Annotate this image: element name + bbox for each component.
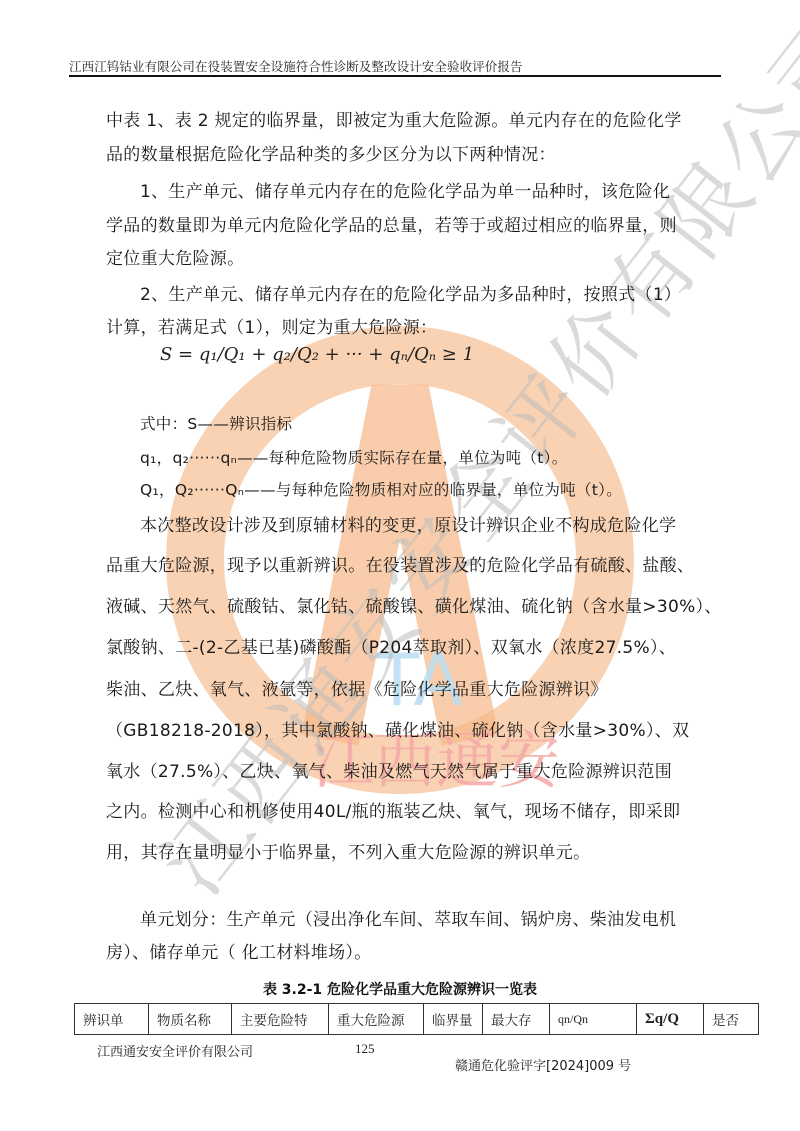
table-header-cell: 主要危险特 xyxy=(232,1004,329,1035)
footer-doc-number: 赣通危化验评字[2024]009 号 xyxy=(455,1055,631,1074)
body-line: 氧水（27.5%）、乙炔、氧气、柴油及燃气天然气属于重大危险源辨识范围 xyxy=(106,757,672,782)
body-line: 1、生产单元、储存单元内存在的危险化学品为单一品种时，该危险化 xyxy=(140,177,670,202)
table-header-cell: 是否 xyxy=(704,1004,759,1035)
body-line: 中表 1、表 2 规定的临界量，即被定为重大危险源。单元内存在的危险化学 xyxy=(106,106,682,131)
body-line: 液碱、天然气、硫酸钴、氯化钴、硫酸镍、磺化煤油、硫化钠（含水量>30%）、 xyxy=(106,592,722,617)
table-header-cell: qn/Qn xyxy=(550,1004,637,1035)
definition-line: 式中：S——辨识指标 xyxy=(140,412,292,434)
table-header-row: 辨识单 物质名称 主要危险特 重大危险源 临界量 最大存 qn/Qn Σq/Q … xyxy=(75,1004,759,1035)
body-line: 学品的数量即为单元内危险化学品的总量，若等于或超过相应的临界量，则 xyxy=(106,211,677,236)
body-line: 品的数量根据危险化学品种类的多少区分为以下两种情况： xyxy=(106,140,556,165)
body-line: 计算，若满足式（1），则定为重大危险源： xyxy=(106,313,437,338)
body-line: 品重大危险源，现予以重新辨识。在役装置涉及的危险化学品有硫酸、盐酸、 xyxy=(106,551,694,576)
definition-line: Q₁，Q₂······Qₙ——与每种危险物质相对应的临界量，单位为吨（t）。 xyxy=(140,478,622,500)
header-rule-full xyxy=(69,75,721,77)
footer-page-number: 125 xyxy=(355,1041,375,1057)
body-line: 定位重大危险源。 xyxy=(106,244,244,269)
page-header-title: 江西江钨钴业有限公司在役装置安全设施符合性诊断及整改设计安全验收评价报告 xyxy=(69,57,474,75)
body-line: 房）、储存单元（ 化工材料堆场）。 xyxy=(106,938,372,963)
body-line: 柴油、乙炔、氧气、液氩等，依据《危险化学品重大危险源辨识》 xyxy=(106,675,608,700)
definition-line: q₁，q₂······qₙ——每种危险物质实际存在量，单位为吨（t）。 xyxy=(140,446,568,468)
formula: S = q₁/Q₁ + q₂/Q₂ + ··· + qₙ/Qₙ ≥ 1 xyxy=(160,344,474,365)
body-line: （GB18218-2018），其中氯酸钠、磺化煤油、硫化钠（含水量>30%）、双 xyxy=(106,716,689,741)
table-header-cell: 物质名称 xyxy=(149,1004,232,1035)
body-line: 2、生产单元、储存单元内存在的危险化学品为多品种时，按照式（1） xyxy=(140,280,681,305)
hazard-table: 辨识单 物质名称 主要危险特 重大危险源 临界量 最大存 qn/Qn Σq/Q … xyxy=(74,1003,759,1035)
table-title: 表 3.2-1 危险化学品重大危险源辨识一览表 xyxy=(0,979,800,999)
body-line: 氯酸钠、二-(2-乙基已基)磷酸酯（P204萃取剂）、双氧水（浓度27.5%）、 xyxy=(106,633,676,658)
table-header-cell: 最大存 xyxy=(483,1004,550,1035)
table-header-cell: 重大危险源 xyxy=(329,1004,424,1035)
body-line: 用，其存在量明显小于临界量，不列入重大危险源的辨识单元。 xyxy=(106,838,590,863)
table-header-cell: Σq/Q xyxy=(637,1004,704,1035)
body-line: 之内。检测中心和机修使用40L/瓶的瓶装乙炔、氧气，现场不储存，即采即 xyxy=(106,797,680,822)
table-header-cell: 临界量 xyxy=(424,1004,483,1035)
body-line: 单元划分：生产单元（浸出净化车间、萃取车间、锅炉房、柴油发电机 xyxy=(140,905,676,930)
body-line: 本次整改设计涉及到原辅材料的变更，原设计辨识企业不构成危险化学 xyxy=(140,511,676,536)
footer-company: 江西通安安全评价有限公司 xyxy=(97,1041,253,1060)
table-header-cell: 辨识单 xyxy=(75,1004,149,1035)
